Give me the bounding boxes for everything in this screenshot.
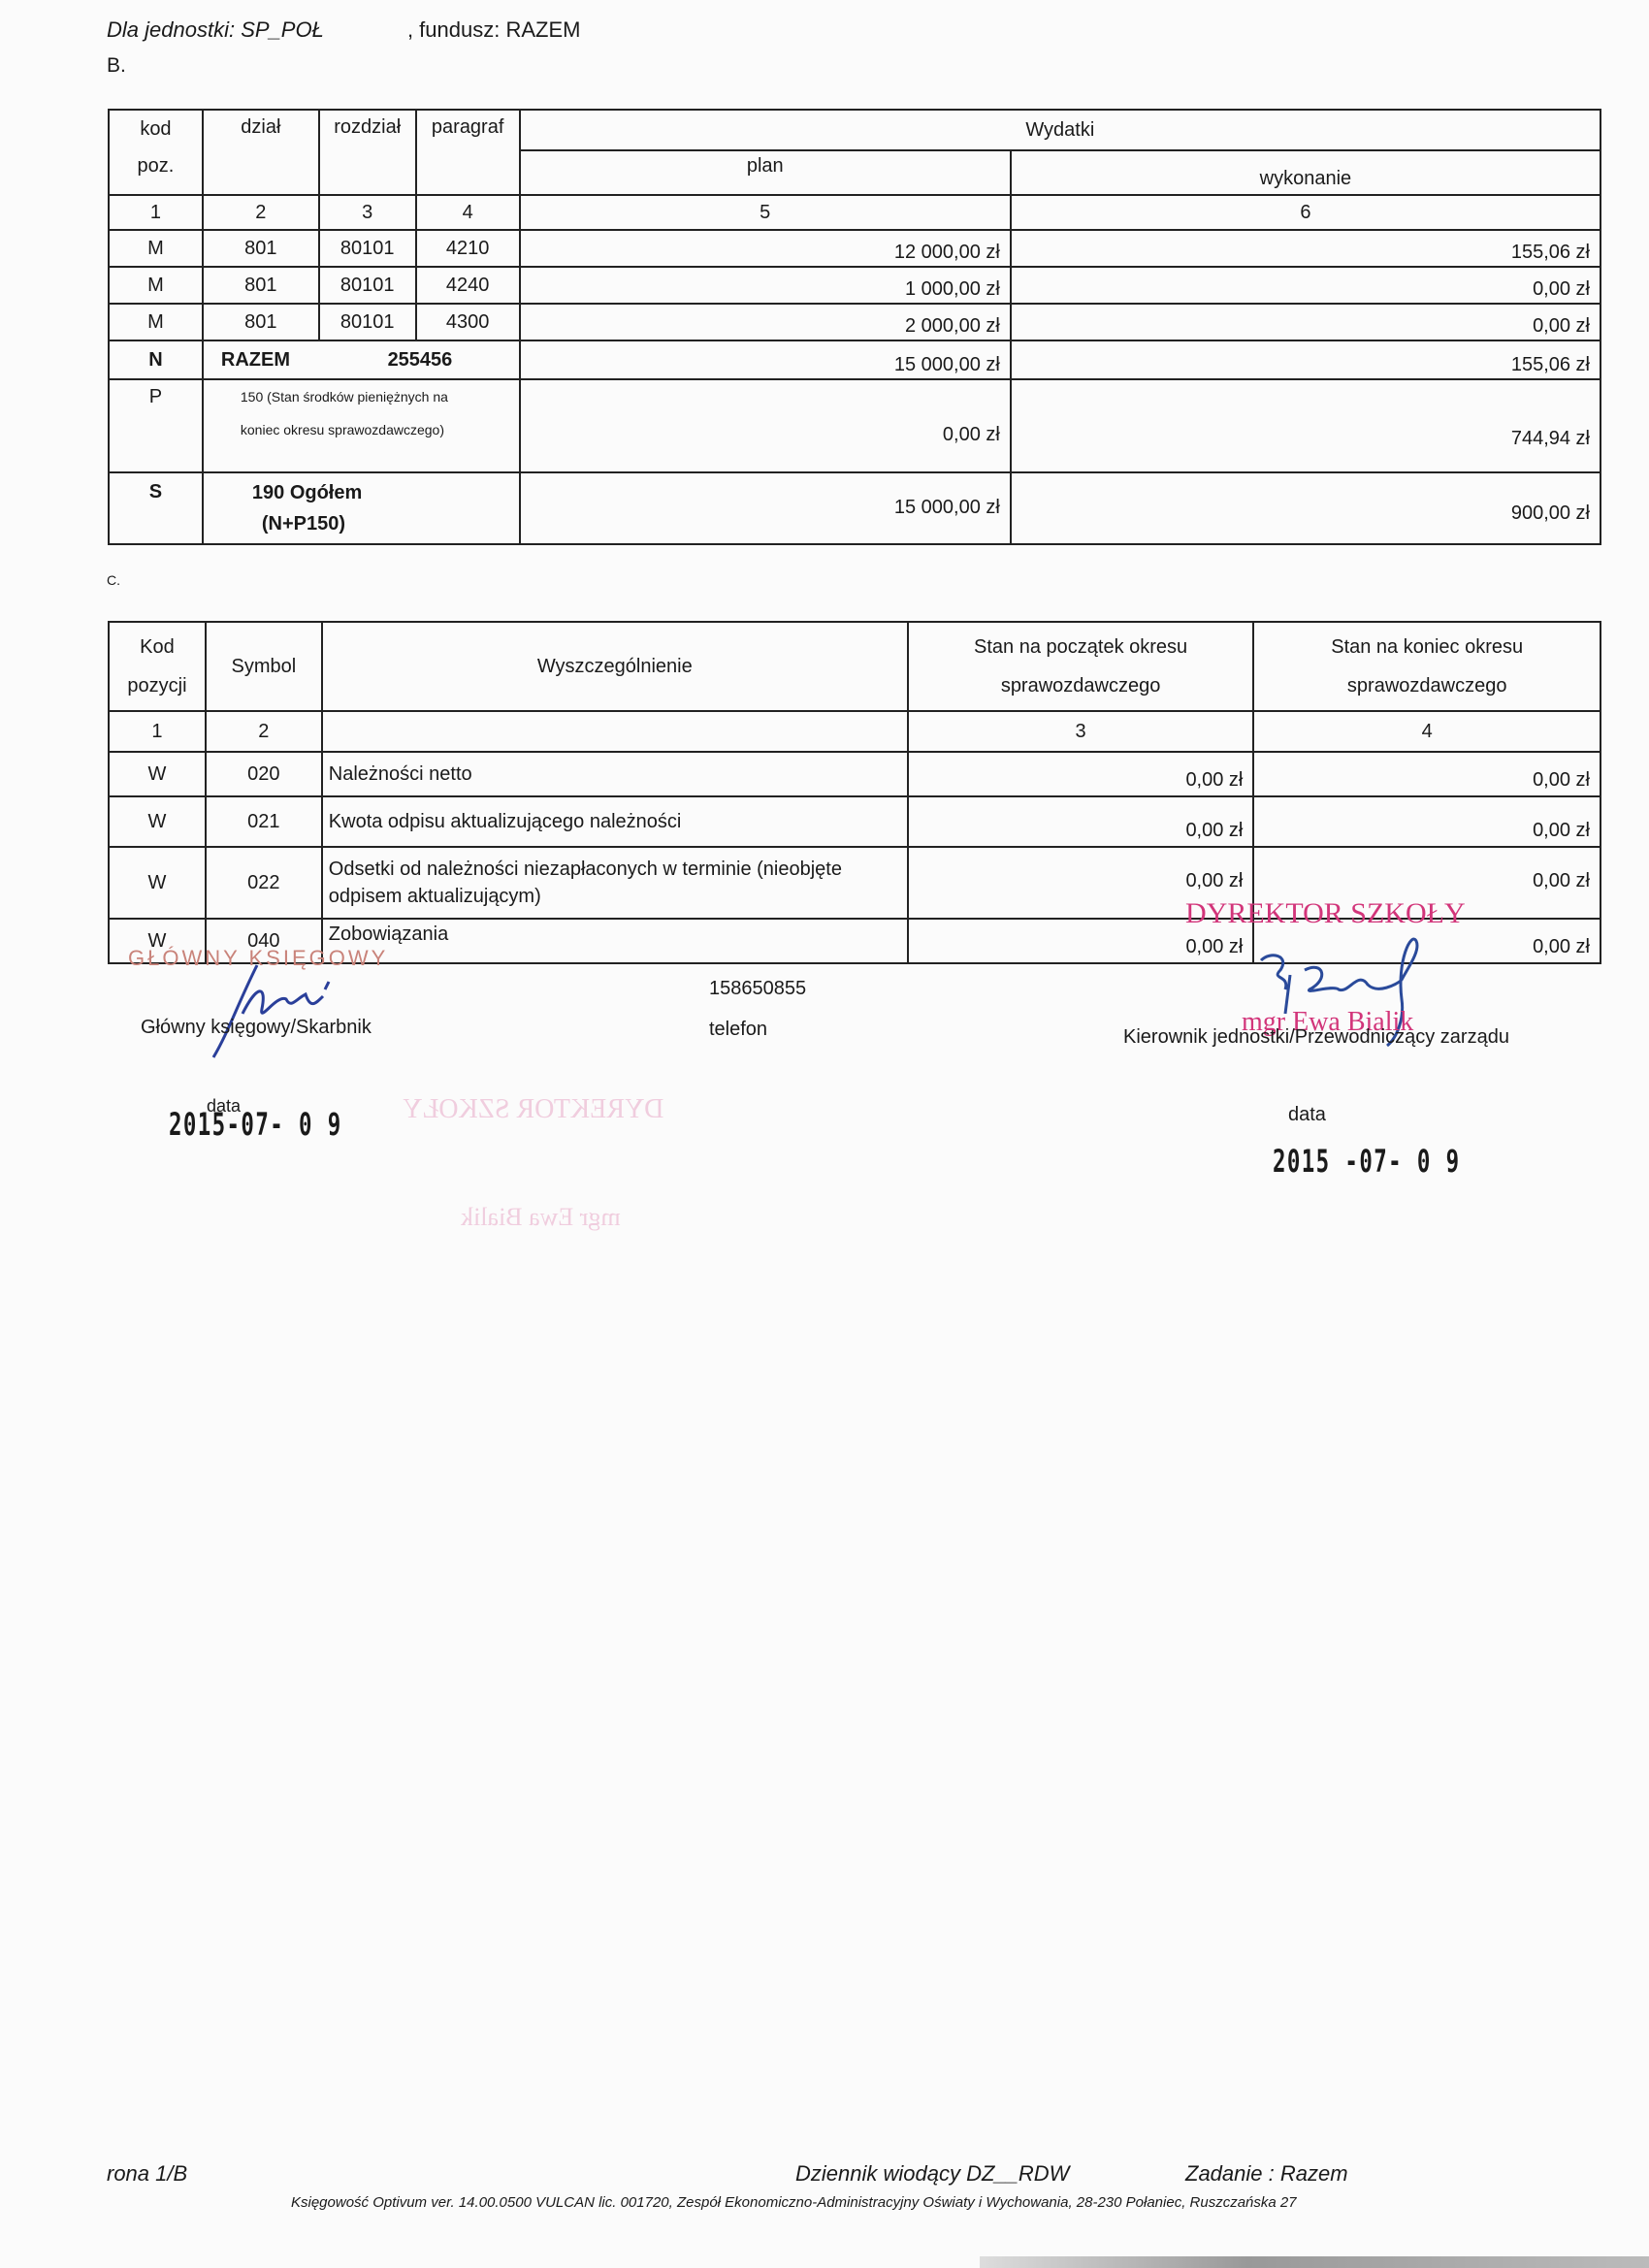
cell-wykonanie: 155,06 zł xyxy=(1011,230,1600,267)
col-number: 1 xyxy=(109,711,206,752)
col-number: 2 xyxy=(206,711,322,752)
cell-start: 0,00 zł xyxy=(908,752,1254,796)
cell-desc: Należności netto xyxy=(322,752,908,796)
date-stamp-left: 2015-07- 0 9 xyxy=(169,1106,342,1143)
cell-wykonanie: 155,06 zł xyxy=(1011,340,1600,379)
razem-row: N RAZEM 255456 15 000,00 zł 155,06 zł xyxy=(109,340,1600,379)
date-stamp-right: 2015 -07- 0 9 xyxy=(1273,1143,1461,1180)
cell-plan: 12 000,00 zł xyxy=(520,230,1011,267)
table-row: W 021 Kwota odpisu aktualizującego należ… xyxy=(109,796,1600,847)
cell-start: 0,00 zł xyxy=(908,796,1254,847)
cell-end: 0,00 zł xyxy=(1253,752,1600,796)
cell-paragraf: 4240 xyxy=(416,267,520,304)
accountant-signature-icon xyxy=(199,956,364,1062)
header-symbol: Symbol xyxy=(206,622,322,711)
p150-row: P 150 (Stan środków pieniężnych na konie… xyxy=(109,379,1600,472)
p150-label-line1: 150 (Stan środków pieniężnych na xyxy=(241,380,519,413)
razem-label-cell: RAZEM 255456 xyxy=(203,340,520,379)
journal-label: Dziennik wiodący DZ__RDW xyxy=(795,2161,1069,2187)
cell-dzial: 801 xyxy=(203,230,319,267)
software-info: Księgowość Optivum ver. 14.00.0500 VULCA… xyxy=(291,2194,1297,2211)
page-number: rona 1/B xyxy=(107,2161,187,2187)
total-row: S 190 Ogółem (N+P150) 15 000,00 zł 900,0… xyxy=(109,472,1600,544)
header-kod-line1: Kod xyxy=(110,628,205,666)
p150-label: 150 (Stan środków pieniężnych na koniec … xyxy=(203,379,520,472)
expenditure-table: kod poz. dział rozdział paragraf Wydatki… xyxy=(108,109,1601,545)
cell-rozdzial: 80101 xyxy=(319,304,416,340)
cell-plan: 15 000,00 zł xyxy=(520,472,1011,544)
cell-plan: 1 000,00 zł xyxy=(520,267,1011,304)
cell-kod: P xyxy=(109,379,203,472)
cell-kod: M xyxy=(109,230,203,267)
header-kod-pozycji: Kod pozycji xyxy=(109,622,206,711)
razem-number: 255456 xyxy=(388,349,453,371)
cell-wykonanie: 0,00 zł xyxy=(1011,267,1600,304)
header-start-line1: Stan na początek okresu xyxy=(909,628,1253,666)
col-number: 4 xyxy=(1253,711,1600,752)
header-kod-line2: pozycji xyxy=(110,666,205,705)
unit-label: Dla jednostki: xyxy=(107,17,235,42)
section-c-heading: C. xyxy=(107,572,120,588)
cell-end: 0,00 zł xyxy=(1253,796,1600,847)
cell-kod: W xyxy=(109,796,206,847)
fund-label: , fundusz: RAZEM xyxy=(407,17,581,42)
total-label-line2: (N+P150) xyxy=(252,508,519,539)
header-start: Stan na początek okresu sprawozdawczego xyxy=(908,622,1254,711)
faint-director-stamp: DYREKTOR SZKOŁY xyxy=(403,1094,663,1125)
cell-plan: 0,00 zł xyxy=(520,379,1011,472)
col-number: 6 xyxy=(1011,195,1600,230)
cell-plan: 15 000,00 zł xyxy=(520,340,1011,379)
razem-label: RAZEM xyxy=(221,349,290,371)
header-wyszczegolnienie: Wyszczególnienie xyxy=(322,622,908,711)
cell-symbol: 022 xyxy=(206,847,322,919)
director-stamp: DYREKTOR SZKOŁY xyxy=(1185,897,1466,930)
cell-desc: Odsetki od należności niezapłaconych w t… xyxy=(322,847,908,919)
cell-symbol: 020 xyxy=(206,752,322,796)
total-label: 190 Ogółem (N+P150) xyxy=(203,472,520,544)
cell-paragraf: 4210 xyxy=(416,230,520,267)
phone-label: telefon xyxy=(709,1019,767,1041)
cell-wykonanie: 900,00 zł xyxy=(1011,472,1600,544)
cell-plan: 2 000,00 zł xyxy=(520,304,1011,340)
cell-dzial: 801 xyxy=(203,304,319,340)
col-number: 1 xyxy=(109,195,203,230)
header-wykonanie: wykonanie xyxy=(1011,150,1600,195)
cell-kod: W xyxy=(109,847,206,919)
unit-header: Dla jednostki: SP_POŁ , fundusz: RAZEM xyxy=(107,17,580,43)
cell-rozdzial: 80101 xyxy=(319,267,416,304)
col-number: 4 xyxy=(416,195,520,230)
cell-wykonanie: 744,94 zł xyxy=(1011,379,1600,472)
cell-kod: W xyxy=(109,752,206,796)
header-end: Stan na koniec okresu sprawozdawczego xyxy=(1253,622,1600,711)
col-number xyxy=(322,711,908,752)
col-number: 5 xyxy=(520,195,1011,230)
header-end-line2: sprawozdawczego xyxy=(1254,666,1600,705)
p150-label-line2: koniec okresu sprawozdawczego) xyxy=(241,413,519,446)
col-number: 3 xyxy=(908,711,1254,752)
faint-director-name: mgr Ewa Bialik xyxy=(461,1203,621,1232)
cell-dzial: 801 xyxy=(203,267,319,304)
header-start-line2: sprawozdawczego xyxy=(909,666,1253,705)
header-end-line1: Stan na koniec okresu xyxy=(1254,628,1600,666)
cell-kod: M xyxy=(109,304,203,340)
table-row: M 801 80101 4300 2 000,00 zł 0,00 zł xyxy=(109,304,1600,340)
cell-kod: N xyxy=(109,340,203,379)
unit-value: SP_POŁ xyxy=(241,17,324,42)
header-plan: plan xyxy=(520,150,1011,195)
cell-rozdzial: 80101 xyxy=(319,230,416,267)
header-kod-line2: poz. xyxy=(110,147,202,184)
table-row: M 801 80101 4240 1 000,00 zł 0,00 zł xyxy=(109,267,1600,304)
header-rozdzial: rozdział xyxy=(319,110,416,195)
header-dzial: dział xyxy=(203,110,319,195)
cell-symbol: 021 xyxy=(206,796,322,847)
section-b-heading: B. xyxy=(107,54,126,78)
date-label-right: data xyxy=(1288,1104,1326,1126)
cell-kod: S xyxy=(109,472,203,544)
header-paragraf: paragraf xyxy=(416,110,520,195)
phone-number: 158650855 xyxy=(709,978,806,1000)
accountant-label: Główny księgowy/Skarbnik xyxy=(141,1017,372,1039)
scan-edge xyxy=(980,2256,1649,2268)
table-row: M 801 80101 4210 12 000,00 zł 155,06 zł xyxy=(109,230,1600,267)
header-kod-line1: kod xyxy=(110,111,202,147)
task-label: Zadanie : Razem xyxy=(1185,2161,1348,2187)
cell-paragraf: 4300 xyxy=(416,304,520,340)
total-label-line1: 190 Ogółem xyxy=(252,477,519,508)
col-number: 3 xyxy=(319,195,416,230)
cell-desc: Zobowiązania xyxy=(322,919,908,963)
director-label: Kierownik jednostki/Przewodniczący zarzą… xyxy=(1123,1026,1509,1049)
header-kod: kod poz. xyxy=(109,110,203,195)
cell-kod: M xyxy=(109,267,203,304)
cell-wykonanie: 0,00 zł xyxy=(1011,304,1600,340)
header-wydatki: Wydatki xyxy=(520,110,1600,150)
cell-desc: Kwota odpisu aktualizującego należności xyxy=(322,796,908,847)
table-row: W 020 Należności netto 0,00 zł 0,00 zł xyxy=(109,752,1600,796)
col-number: 2 xyxy=(203,195,319,230)
